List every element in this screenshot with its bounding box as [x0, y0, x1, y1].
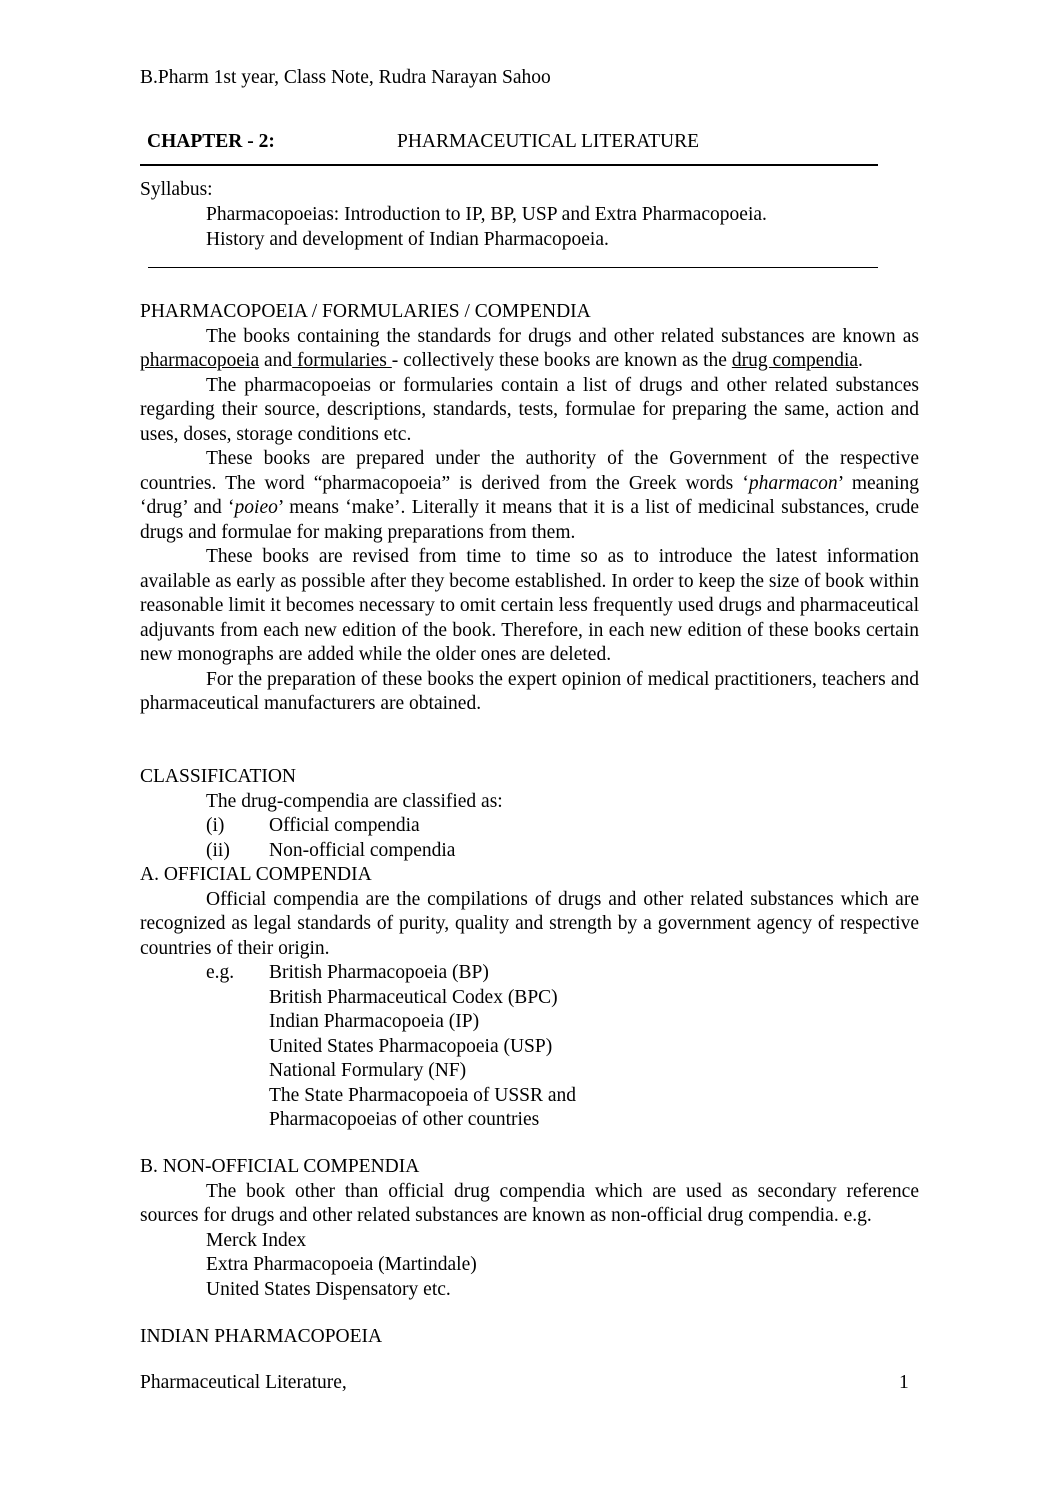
page-number: 1 — [899, 1371, 909, 1396]
list-label: (i) — [206, 814, 269, 839]
text: and — [259, 350, 292, 371]
classification-list: (i) Official compendia (ii) Non-official… — [140, 814, 919, 863]
chapter-title: PHARMACEUTICAL LITERATURE — [397, 130, 699, 155]
running-header: B.Pharm 1st year, Class Note, Rudra Nara… — [140, 66, 551, 91]
section-heading: PHARMACOPOEIA / FORMULARIES / COMPENDIA — [140, 300, 919, 325]
term-pharmacon: pharmacon — [749, 473, 838, 494]
paragraph: Official compendia are the compilations … — [140, 888, 919, 962]
official-examples: British Pharmacopoeia (BP) British Pharm… — [269, 961, 576, 1133]
list-item: Merck Index — [206, 1229, 919, 1254]
section-heading: B. NON-OFFICIAL COMPENDIA — [140, 1155, 919, 1180]
syllabus-item: History and development of Indian Pharma… — [206, 228, 609, 253]
paragraph: The pharmacopoeias or formularies contai… — [140, 374, 919, 448]
paragraph: These books are prepared under the autho… — [140, 447, 919, 545]
section-heading: INDIAN PHARMACOPOEIA — [140, 1325, 919, 1350]
chapter-number: CHAPTER - 2: — [147, 130, 275, 155]
chapter-rule — [140, 164, 878, 166]
classification-intro: The drug-compendia are classified as: — [140, 790, 919, 815]
list-text: Official compendia — [269, 814, 420, 839]
list-item: United States Pharmacopoeia (USP) — [269, 1035, 576, 1060]
text: - collectively these books are known as … — [392, 350, 732, 371]
list-label: (ii) — [206, 839, 269, 864]
list-item: (i) Official compendia — [206, 814, 919, 839]
list-item: (ii) Non-official compendia — [206, 839, 919, 864]
term-formularies: formularies — [292, 350, 392, 371]
list-item: Pharmacopoeias of other countries — [269, 1108, 576, 1133]
term-pharmacopoeia: pharmacopoeia — [140, 350, 259, 371]
paragraph: For the preparation of these books the e… — [140, 668, 919, 717]
section-non-official: B. NON-OFFICIAL COMPENDIA The book other… — [140, 1155, 919, 1302]
text: . — [858, 350, 863, 371]
footer-title: Pharmaceutical Literature, — [140, 1371, 347, 1396]
syllabus-label: Syllabus: — [140, 178, 213, 203]
syllabus-rule — [148, 267, 878, 268]
eg-label: e.g. — [206, 961, 269, 1133]
section-heading: A. OFFICIAL COMPENDIA — [140, 863, 919, 888]
section-indian-pharmacopoeia: INDIAN PHARMACOPOEIA — [140, 1325, 919, 1350]
non-official-examples: Merck Index Extra Pharmacopoeia (Martind… — [140, 1229, 919, 1303]
section-heading: CLASSIFICATION — [140, 765, 919, 790]
syllabus-item: Pharmacopoeias: Introduction to IP, BP, … — [206, 203, 767, 228]
paragraph: The book other than official drug compen… — [140, 1180, 919, 1229]
term-drug-compendia: drug compendia — [732, 350, 858, 371]
list-item: The State Pharmacopoeia of USSR and — [269, 1084, 576, 1109]
section-compendia: PHARMACOPOEIA / FORMULARIES / COMPENDIA … — [140, 300, 919, 717]
list-item: British Pharmaceutical Codex (BPC) — [269, 986, 576, 1011]
text: The books containing the standards for d… — [206, 326, 919, 347]
list-item: National Formulary (NF) — [269, 1059, 576, 1084]
term-poieo: poieo — [235, 497, 278, 518]
example-list: e.g. British Pharmacopoeia (BP) British … — [140, 961, 919, 1133]
list-text: Non-official compendia — [269, 839, 455, 864]
paragraph: The books containing the standards for d… — [140, 325, 919, 374]
list-item: United States Dispensatory etc. — [206, 1278, 919, 1303]
paragraph: These books are revised from time to tim… — [140, 545, 919, 668]
list-item: Extra Pharmacopoeia (Martindale) — [206, 1253, 919, 1278]
section-classification: CLASSIFICATION The drug-compendia are cl… — [140, 765, 919, 1133]
list-item: British Pharmacopoeia (BP) — [269, 961, 576, 986]
list-item: Indian Pharmacopoeia (IP) — [269, 1010, 576, 1035]
